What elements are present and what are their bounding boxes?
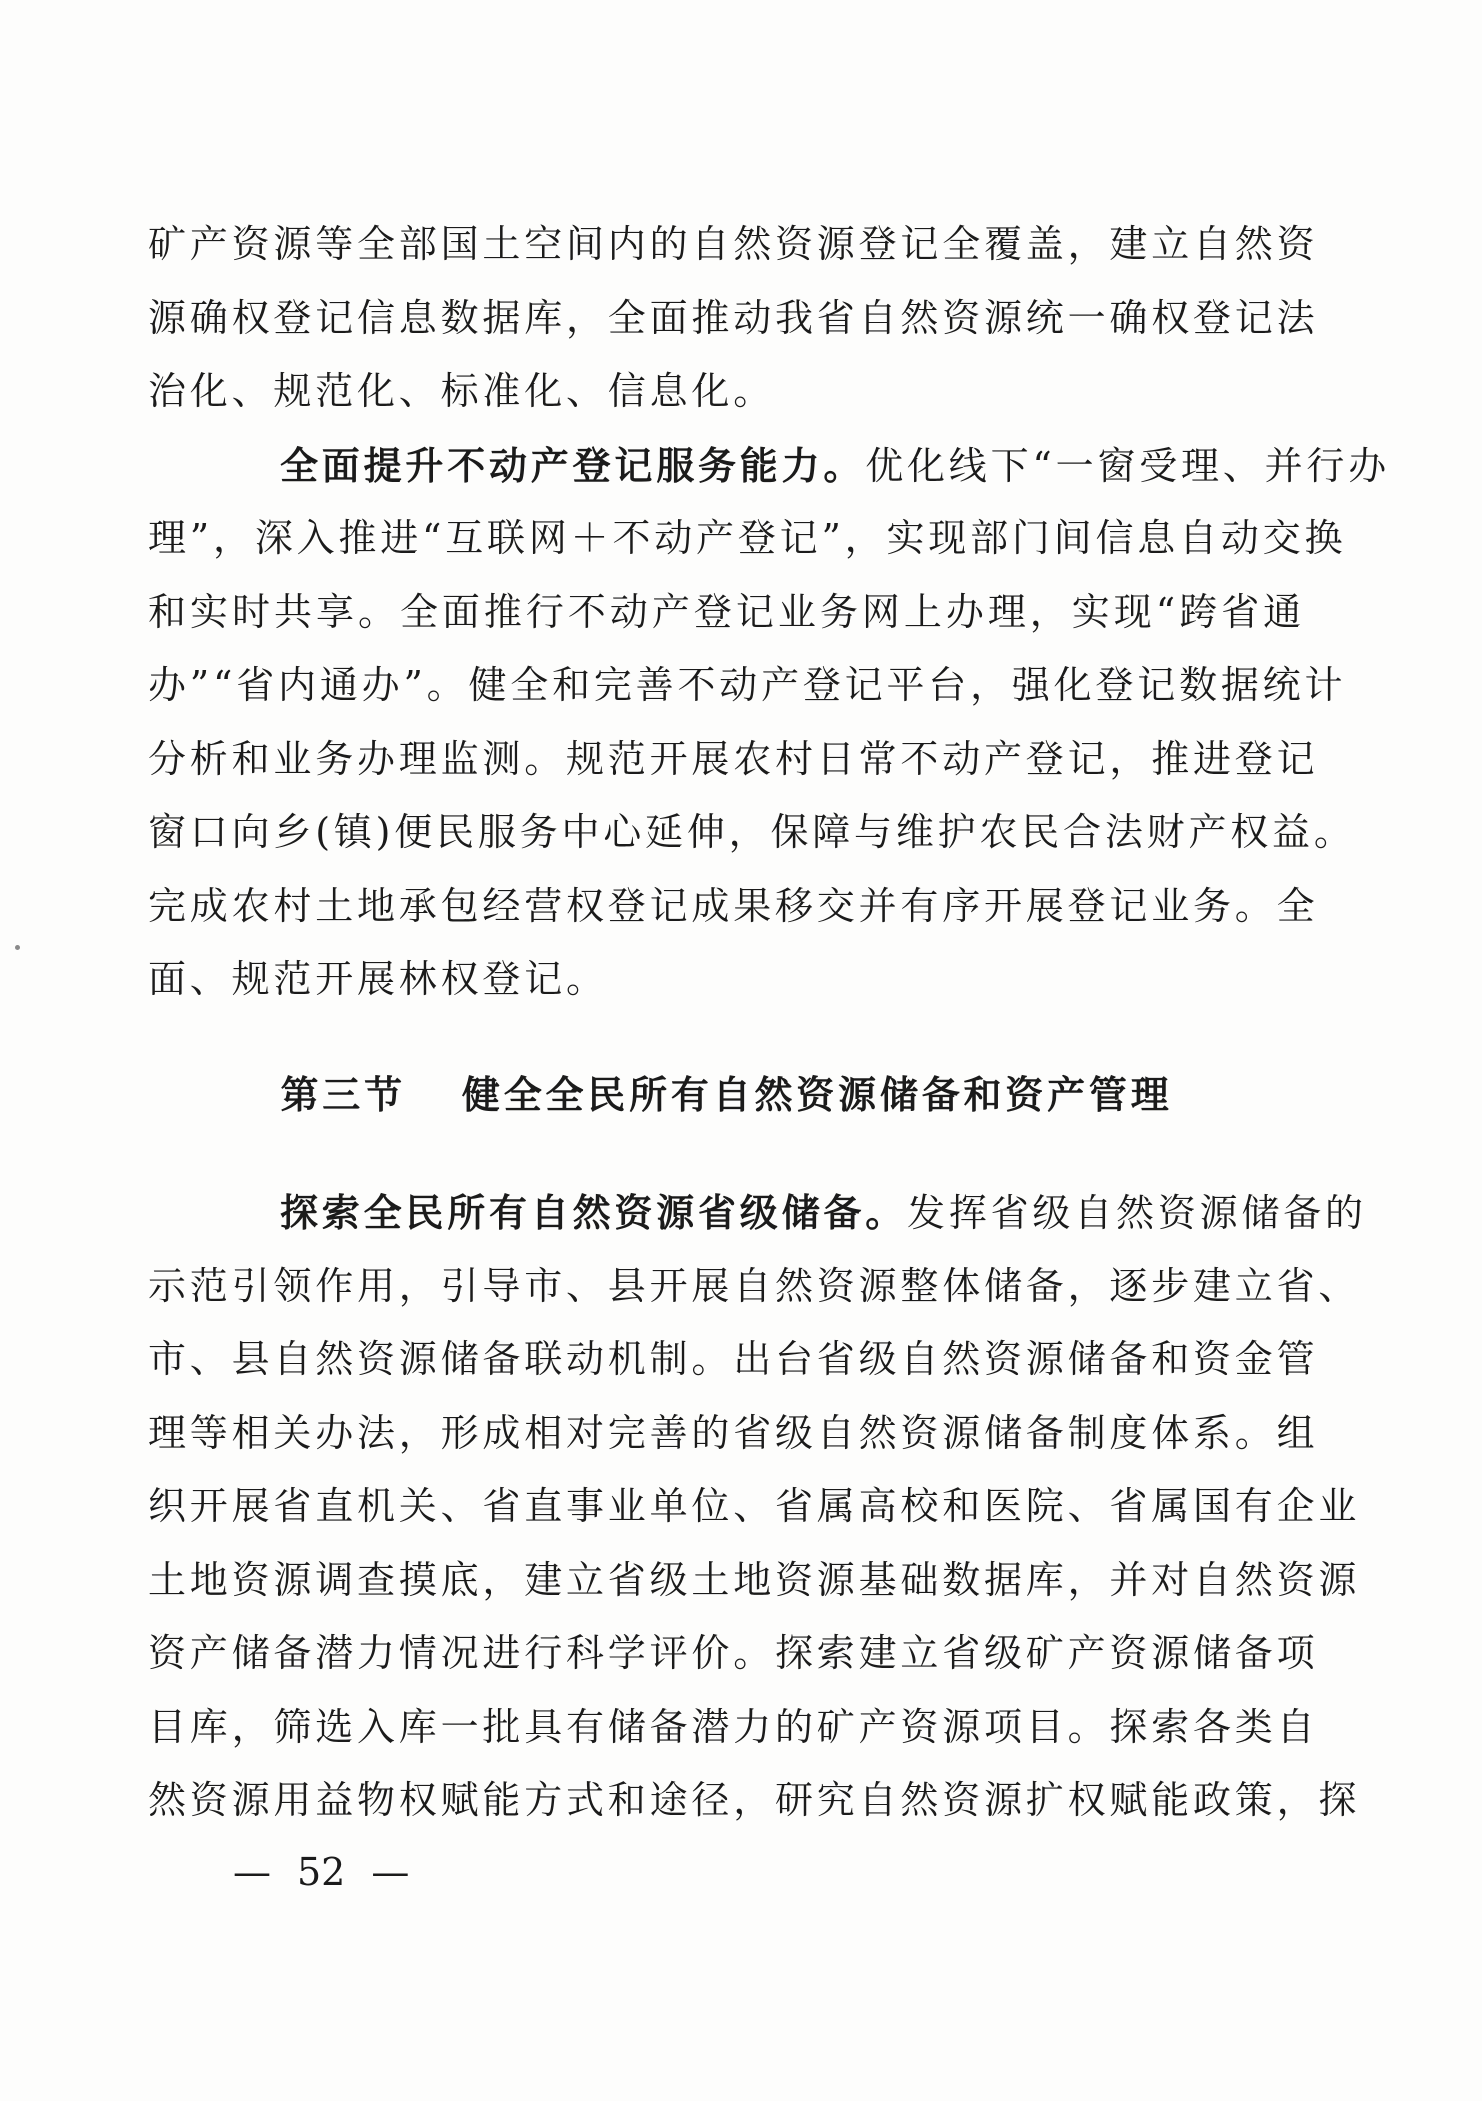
text-line: 土地资源调查摸底，建立省级土地资源基础数据库，并对自然资源 [148, 1544, 1305, 1618]
section-heading: 第三节健全全民所有自然资源储备和资产管理 [148, 1058, 1305, 1132]
text-line: 办”“省内通办”。健全和完善不动产登记平台，强化登记数据统计 [148, 649, 1305, 723]
text-line: 目库，筛选入库一批具有储备潜力的矿产资源项目。探索各类自 [148, 1691, 1305, 1765]
scan-speck-artifact [15, 945, 20, 950]
bold-lead-sentence: 全面提升不动产登记服务能力。 [280, 443, 865, 488]
text-line: 理等相关办法，形成相对完善的省级自然资源储备制度体系。组 [148, 1397, 1305, 1471]
bold-lead-sentence: 探索全民所有自然资源省级储备。 [280, 1190, 907, 1235]
text-line: 示范引领作用，引导市、县开展自然资源整体储备，逐步建立省、 [148, 1250, 1305, 1324]
text-line: 源确权登记信息数据库，全面推动我省自然资源统一确权登记法 [148, 282, 1305, 356]
footer-dash-left: — [233, 1848, 271, 1896]
text-line: 然资源用益物权赋能方式和途径，研究自然资源扩权赋能政策，探 [148, 1764, 1305, 1838]
text-line: 和实时共享。全面推行不动产登记业务网上办理，实现“跨省通 [148, 576, 1305, 650]
document-page: 矿产资源等全部国土空间内的自然资源登记全覆盖，建立自然资 源确权登记信息数据库，… [0, 0, 1482, 2101]
text-line: 市、县自然资源储备联动机制。出台省级自然资源储备和资金管 [148, 1323, 1305, 1397]
text-line: 治化、规范化、标准化、信息化。 [148, 355, 1305, 429]
text-line: 窗口向乡(镇)便民服务中心延伸，保障与维护农民合法财产权益。 [148, 796, 1305, 870]
text-line: 资产储备潜力情况进行科学评价。探索建立省级矿产资源储备项 [148, 1617, 1305, 1691]
text-line: 矿产资源等全部国土空间内的自然资源登记全覆盖，建立自然资 [148, 208, 1305, 282]
text-line: 全面提升不动产登记服务能力。优化线下“一窗受理、并行办 [148, 429, 1305, 503]
text-line: 分析和业务办理监测。规范开展农村日常不动产登记，推进登记 [148, 723, 1305, 797]
section-number: 第三节 [280, 1072, 405, 1117]
footer-dash-right: — [371, 1848, 409, 1896]
text-line: 探索全民所有自然资源省级储备。发挥省级自然资源储备的 [148, 1176, 1305, 1250]
page-number-footer: —52— [148, 1848, 1305, 1896]
page-number: 52 [297, 1848, 345, 1896]
text-line: 织开展省直机关、省直事业单位、省属高校和医院、省属国有企业 [148, 1470, 1305, 1544]
text-line: 理”，深入推进“互联网＋不动产登记”，实现部门间信息自动交换 [148, 502, 1305, 576]
body-text: 矿产资源等全部国土空间内的自然资源登记全覆盖，建立自然资 源确权登记信息数据库，… [148, 208, 1305, 1896]
text-line: 完成农村土地承包经营权登记成果移交并有序开展登记业务。全 [148, 870, 1305, 944]
text-line: 面、规范开展林权登记。 [148, 943, 1305, 1017]
section-title: 健全全民所有自然资源储备和资产管理 [462, 1072, 1173, 1117]
